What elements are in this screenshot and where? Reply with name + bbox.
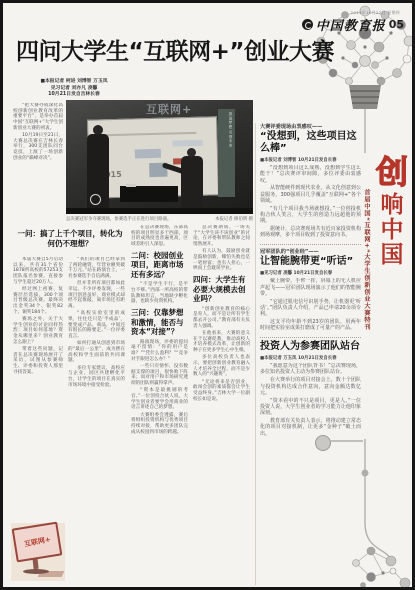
crosshead-q2: 二问：校园创业项目，距离市场还有多远？ xyxy=(131,251,188,280)
byline-box: ■本报记者 柯进 刘博智 万玉凤 见习记者 刘亦凡 凌馨 10月21日发自吉林长… xyxy=(15,79,133,99)
body-paragraph: “有几个项目我当场就想投。”一位创投机构合伙人笑言，大学生的创造力远超他的预期。 xyxy=(260,206,361,225)
podium-logo-ring xyxy=(90,194,101,205)
body-paragraph: 如何打通从创意到市场的“最后一公里”，成为摆在高校和学生面前的共同课题。 xyxy=(68,341,125,364)
section-byline: ■本报记者 刘博智 10月21日发自长春 xyxy=(260,157,361,163)
column-c-post: 路演现场，评委的提问毫不留情：“你的用户是谁？”“凭什么盈利？”“竞争对手跟进怎… xyxy=(131,340,188,436)
body-paragraph: “它通过肌电信号识别手势，让机器更‘听话’。”团队负责人介绍，产品已申请20余项… xyxy=(260,299,361,318)
section-divider xyxy=(260,337,361,338)
body-paragraph: 一些只有情怀、没有数据支撑的项目，很快败下阵来；而对用户和市场研究透彻的团队则赢… xyxy=(131,364,188,387)
masthead-outline-char: 创 xyxy=(375,153,409,189)
body-paragraph: “不是学生不行，是平台不够。”西部一所高校的带队教师坦言，当地缺少孵化器，也缺少… xyxy=(131,282,188,305)
byline-line: ■本报记者 柯进 刘博智 万玉凤 xyxy=(15,79,133,86)
person-head xyxy=(187,148,196,157)
body-paragraph: “我愿意为这个团队背书！”总决赛现场，多位知名投资人主动为参赛团队站台。 xyxy=(260,363,361,376)
section-byline: ■本报记者 万玉凤 10月21日发自长春 xyxy=(260,355,361,361)
photo-credit: 本报记者 修伯明 摄 xyxy=(215,216,253,222)
crosshead-q1: 一问：搞了上千个项目，转化为何仍不理想？ xyxy=(15,229,125,249)
svg-text:创: 创 xyxy=(376,153,408,189)
photo-backdrop-title: 互联网+ xyxy=(146,101,192,117)
special-column: 大赛评委现场由衷感叹—— “没想到，这些项目这么棒” ■本报记者 刘博智 10月… xyxy=(260,123,361,438)
page-number: 05 xyxy=(389,18,404,31)
section-kicker: 大赛评委现场由衷感叹—— xyxy=(260,123,361,130)
masthead-char: 响 xyxy=(375,193,409,218)
body-paragraph: “没想到项目这么成熟，没想到学生这么能干！”总决赛评审间隙，多位评委由衷感叹。 xyxy=(260,165,361,184)
monitor-label: 互联网+ xyxy=(23,535,51,550)
body-paragraph: 多位高校负责人也表示，要把创新创业教育融入人才培养全过程，而不是少数人的“兴趣班… xyxy=(193,355,250,378)
paper-name: 中国教育报 xyxy=(316,15,386,34)
screen-line xyxy=(96,132,196,137)
byline-line: 10月21日发自吉林长春 xyxy=(15,92,133,99)
section-kicker: 冠军团队的“创业经”—— xyxy=(260,248,361,255)
body-paragraph: “资本看中的不只是项目，更是人。”一位投资人说，大学生创业者的学习能力让他印象深… xyxy=(260,398,361,417)
section-1: 大赛评委现场由衷感叹—— “没想到，这些项目这么棒” ■本报记者 刘博智 10月… xyxy=(260,123,361,240)
section-body: “没想到项目这么成熟，没想到学生这么能干！”总决赛评审间隙，多位评委由衷感叹。从… xyxy=(260,165,361,240)
stage-table xyxy=(120,186,178,202)
body-paragraph: 但并非所有项目都如此幸运。不少评委发现，一些项目创意虽好，商业模式却经不起推敲，… xyxy=(68,281,125,310)
masthead-solid-chars: 响 中 国 xyxy=(375,193,409,268)
body-paragraph: “无论将来是否创业，敢闯会创的素质都会让学生受益终身。”吉林大学一位副校长如是说… xyxy=(193,380,250,403)
paper-masthead: 中国教育报 05 xyxy=(302,15,404,34)
monitor-icon: 互联网+ xyxy=(12,522,63,563)
column-d-post: “创新创业教育的核心是育人，而不是让所有学生都去开公司。”教育部有关负责人强调。… xyxy=(193,307,250,403)
paper-logo-icon xyxy=(302,19,313,30)
article-column-b: “我们的项目已经拿到了两轮融资，年营业额突破千万元。”站在路演台上，一名参赛选手… xyxy=(68,257,125,580)
section-byline: ■见习记者 凌馨 10月21日发自长春 xyxy=(260,270,361,276)
body-paragraph: 带着这些问题，记者在总决赛现场展开了采访，试图从参赛师生、评委和投资人那里寻找答… xyxy=(13,347,63,376)
column-d-pre: 总决赛期间，一场关于“大学生该不该创业”的讨论，在评委和带队教师之间悄然展开。有… xyxy=(193,225,250,272)
section-divider xyxy=(260,244,361,245)
body-paragraph: 在大赛举行的项目对接会上，数十个团队与投资机构达成合作意向，意向金额达数亿元。 xyxy=(260,377,361,396)
section-body: “我愿意为这个团队背书！”总决赛现场，多位知名投资人主动为参赛团队站台。在大赛举… xyxy=(260,363,361,438)
main-headline: 四问大学生“互联网+”创业大赛 xyxy=(16,33,318,66)
body-paragraph: 教育部有关负责人表示，将推动建立常态化的项目对接机制，让更多“金种子”破土而出。 xyxy=(260,418,361,437)
article-column-a2: 本届大赛自5月启动以来，共有31个省份1878所高校的57253支团队报名参赛，… xyxy=(13,257,63,515)
crosshead-q3: 三问：仅靠梦想和激情，能否与资本“对接”？ xyxy=(131,308,188,337)
body-paragraph: “我们的项目已经拿到了两轮融资，年营业额突破千万元。”站在路演台上，一名参赛选手… xyxy=(68,257,125,280)
column-c-pre: 在总决赛现场，东部高校的项目明显多于西部，项目的成熟度也普遍更高，区域差距引人深… xyxy=(131,225,188,248)
masthead-side-text: 首届中国“互联网+”大学生创新创业大赛特刊 xyxy=(362,189,371,439)
body-paragraph: “高校实验室里的成果，往往还只是‘半成品’，要变成产品、商品，中间还有很长的路要… xyxy=(68,311,125,340)
column-c-mid: “不是学生不行，是平台不够。”西部一所高校的带队教师坦言，当地缺少孵化器，也缺少… xyxy=(131,282,188,305)
section-3: 投资人为参赛团队站台 ■本报记者 万玉凤 10月21日发自长春 “我愿意为这个团… xyxy=(260,341,361,438)
body-paragraph: 在他看来，大赛的意义在于以赛促教，推动高校人才培养模式改革，让创新的种子在更多学… xyxy=(193,331,250,354)
body-paragraph: 赛场之外，关于大学生创业的讨论同样热烈：项目如何落地？资金从哪里来？创业教育怎么… xyxy=(13,317,63,346)
stage-floor xyxy=(66,208,253,214)
person-head xyxy=(93,125,103,135)
body-paragraph: 多位专家建议，高校应与企业、园区共建孵化平台，让学生的项目在真实的市场环境中接受… xyxy=(68,366,125,389)
screen-bar xyxy=(135,149,161,159)
person-silhouette xyxy=(181,156,203,214)
body-paragraph: 本届大赛自5月启动以来，共有31个省份1878所高校的57253支团队报名参赛，… xyxy=(13,257,63,286)
special-masthead: 创 响 中 国 xyxy=(375,153,409,268)
body-paragraph: 经过网上初赛、复赛层层选拔，300个项目晋级总决赛，最终决出金奖34个、银奖82… xyxy=(13,287,63,316)
body-paragraph: 据统计，总决赛现场共有近百家投资机构到场观摩，多个项目收到了投资意向书。 xyxy=(260,226,361,239)
body-paragraph: “把大赛办成深化高校创新创业教育改革的重要平台”，是举办首届中国“互联网+”大学… xyxy=(13,103,63,132)
photo-side-banner: 挑战梦想 引领未来 xyxy=(218,109,235,197)
crosshead-q4: 四问：大学生有必要大规模去创业吗？ xyxy=(193,275,250,304)
body-paragraph: “资本是最挑剔的考官。”一位创投合伙人说，大学生创业者要学会用商业的语言讲述自己… xyxy=(131,388,188,411)
stage-photo: 互联网+ 大学生创新创业大赛 2015 挑战梦想 引领未来 xyxy=(66,100,253,214)
screen-bar xyxy=(173,140,203,147)
masthead-char: 中 xyxy=(375,218,409,243)
internet-plus-monitor-graphic: 互联网+ xyxy=(9,519,67,585)
monitor-base xyxy=(23,569,49,574)
body-paragraph: 10月19日至21日，大赛总决赛在吉林长春举行，300支团队同台竞技，上演了一场… xyxy=(13,133,63,162)
body-paragraph: 戴上腕带，手臂一挥，屏幕上的无人机应声起飞——冠军团队现场演示了他们的智能腕带。 xyxy=(260,278,361,297)
body-paragraph: 路演现场，评委的提问毫不留情：“你的用户是谁？”“凭什么盈利？”“竞争对手跟进怎… xyxy=(131,340,188,363)
section-body: 戴上腕带，手臂一挥，屏幕上的无人机应声起飞——冠军团队现场演示了他们的智能腕带。… xyxy=(260,278,361,333)
article-column-d: 总决赛期间，一场关于“大学生该不该创业”的讨论，在评委和带队教师之间悄然展开。有… xyxy=(193,225,250,580)
photo-caption-row: 总决赛冠军争夺赛现场，参赛选手正在进行项目路演。 本报记者 修伯明 摄 xyxy=(66,216,253,222)
masthead-char: 国 xyxy=(375,243,409,268)
body-paragraph: 有人认为，鼓励创业就是鼓励创新，哪怕失败也是一笔财富；也有人担心，一哄而上会耽误… xyxy=(193,249,250,272)
column-divider xyxy=(255,123,256,585)
section-headline: “没想到，这些项目这么棒” xyxy=(260,131,361,155)
section-2: 冠军团队的“创业经”—— 让智能腕带更“听话” ■见习记者 凌馨 10月21日发… xyxy=(260,248,361,333)
article-column-a1: “把大赛办成深化高校创新创业教育改革的重要平台”，是举办首届中国“互联网+”大学… xyxy=(13,103,63,215)
photo-caption: 总决赛冠军争夺赛现场，参赛选手正在进行项目路演。 xyxy=(66,216,171,222)
table-paper xyxy=(126,184,136,187)
body-paragraph: “创新创业教育的核心是育人，而不是让所有学生都去开公司。”教育部有关负责人强调。 xyxy=(193,307,250,330)
article-column-c: 在总决赛现场，东部高校的项目明显多于西部，项目的成熟度也普遍更高，区域差距引人深… xyxy=(131,225,188,580)
body-paragraph: 大赛组委会透露，赛后将组织投资机构与优秀项目持续对接，帮助更多团队完成从校园到市… xyxy=(131,413,188,436)
section-headline: 让智能腕带更“听话” xyxy=(260,256,361,268)
newspaper-page: 2015年10月22日 星期四 中国教育报 05 四问大学生“互联网+”创业大赛… xyxy=(0,0,415,590)
body-paragraph: 总决赛期间，一场关于“大学生该不该创业”的讨论，在评委和带队教师之间悄然展开。 xyxy=(193,225,250,248)
body-paragraph: 在总决赛现场，东部高校的项目明显多于西部，项目的成熟度也普遍更高，区域差距引人深… xyxy=(131,225,188,248)
body-paragraph: 这支平均年龄不到23岁的团队，用两年时间把实验室成果打磨成了可量产的产品。 xyxy=(260,319,361,332)
body-paragraph: 从智能硬件到现代农业，从文化创意到公益服务，300强项目几乎覆盖“互联网+”各个… xyxy=(260,185,361,204)
section-headline: 投资人为参赛团队站台 xyxy=(260,341,361,353)
